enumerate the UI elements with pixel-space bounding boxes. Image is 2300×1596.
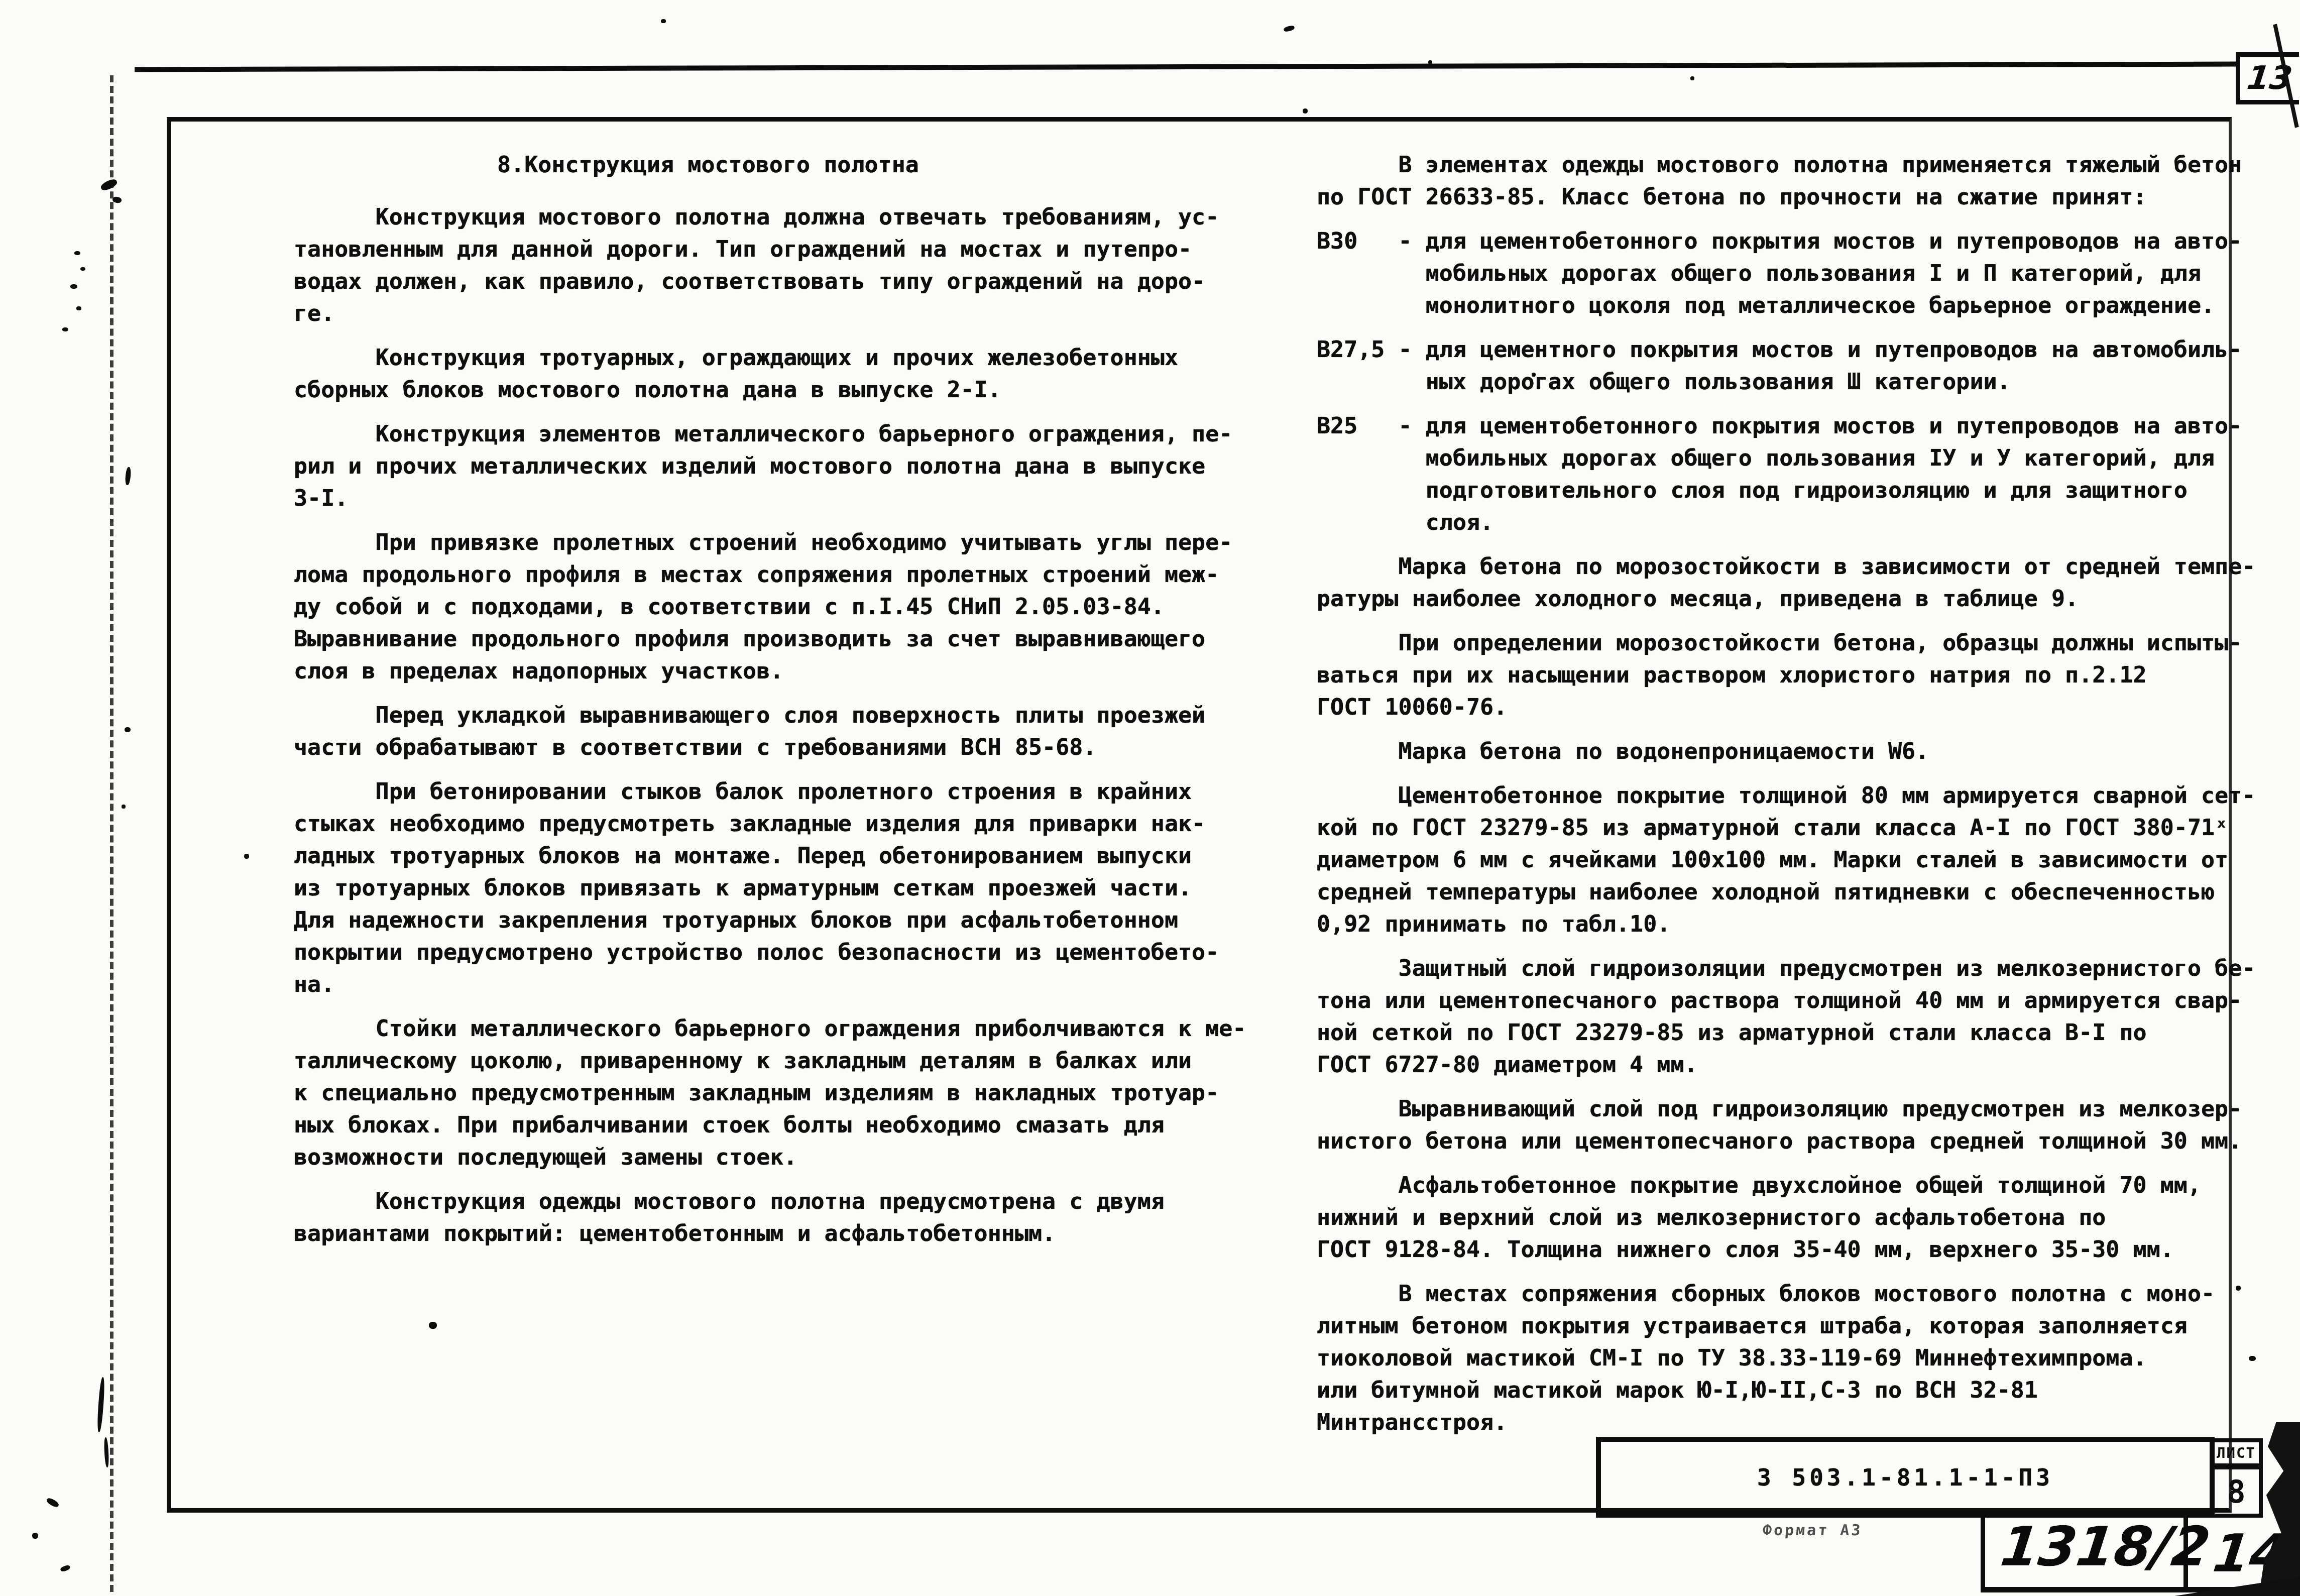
left-column: 8.Конструкция мостового полотна Конструк… [294, 149, 1238, 1262]
paragraph: Конструкция мостового полотна должна отв… [294, 201, 1238, 329]
left-column-paragraphs: Конструкция мостового полотна должна отв… [294, 201, 1238, 1249]
document-code: 3 503.1-81.1-1-ПЗ [1757, 1464, 2053, 1491]
paragraph: Марка бетона по морозостойкости в зависи… [1317, 550, 2256, 615]
paragraph: При определении морозостойкости бетона, … [1317, 627, 2256, 723]
bottom-strip-divider [1981, 1516, 1985, 1591]
paragraph: Марка бетона по водонепроницаемости W6. [1317, 735, 2256, 767]
paragraph: В элементах одежды мостового полотна при… [1317, 149, 2256, 213]
section-title: 8.Конструкция мостового полотна [294, 149, 1238, 181]
scanned-document-page: 13 8.Конструкция мостового полотна Конст… [0, 0, 2300, 1596]
paragraph: В местах сопряжения сборных блоков мосто… [1317, 1278, 2256, 1438]
scan-edge-shadow [2259, 1422, 2300, 1596]
paragraph: Цементобетонное покрытие толщиной 80 мм … [1317, 779, 2256, 940]
sheet-value-cell: 8 [2210, 1465, 2263, 1518]
paragraph: При бетонировании стыков балок пролетног… [294, 775, 1238, 1000]
paragraph: Стойки металлического барьерного огражде… [294, 1012, 1238, 1173]
right-column-paragraphs: В элементах одежды мостового полотна при… [1317, 149, 2256, 1438]
paragraph: Перед укладкой выравнивающего слоя повер… [294, 699, 1238, 763]
paragraph: Защитный слой гидроизоляции предусмотрен… [1317, 952, 2256, 1081]
paragraph: Конструкция элементов металлического бар… [294, 418, 1238, 514]
paragraph: В30 - для цементобетонного покрытия мост… [1317, 225, 2256, 321]
sheet-value: 8 [2227, 1473, 2245, 1510]
right-column: В элементах одежды мостового полотна при… [1317, 149, 2256, 1450]
sheet-label-cell: ЛИСТ [2210, 1438, 2263, 1467]
title-block-stamp: 3 503.1-81.1-1-ПЗ [1596, 1437, 2215, 1518]
paragraph: Конструкция одежды мостового полотна пре… [294, 1185, 1238, 1249]
archive-number-handwritten: 1318/2 [1997, 1516, 2214, 1578]
paragraph: Конструкция тротуарных, ограждающих и пр… [294, 341, 1238, 406]
top-frame-line [135, 62, 2239, 72]
page-fold-line [110, 75, 113, 1592]
paragraph: В27,5 - для цементного покрытия мостов и… [1317, 333, 2256, 398]
paragraph: В25 - для цементобетонного покрытия мост… [1317, 410, 2256, 538]
sheet-label: ЛИСТ [2217, 1444, 2256, 1461]
paragraph: При привязке пролетных строений необходи… [294, 526, 1238, 687]
format-note: Формат А3 [1762, 1522, 1863, 1539]
paragraph: Асфальтобетонное покрытие двухслойное об… [1317, 1169, 2256, 1266]
paragraph: Выравнивающий слой под гидроизоляцию пре… [1317, 1093, 2256, 1157]
